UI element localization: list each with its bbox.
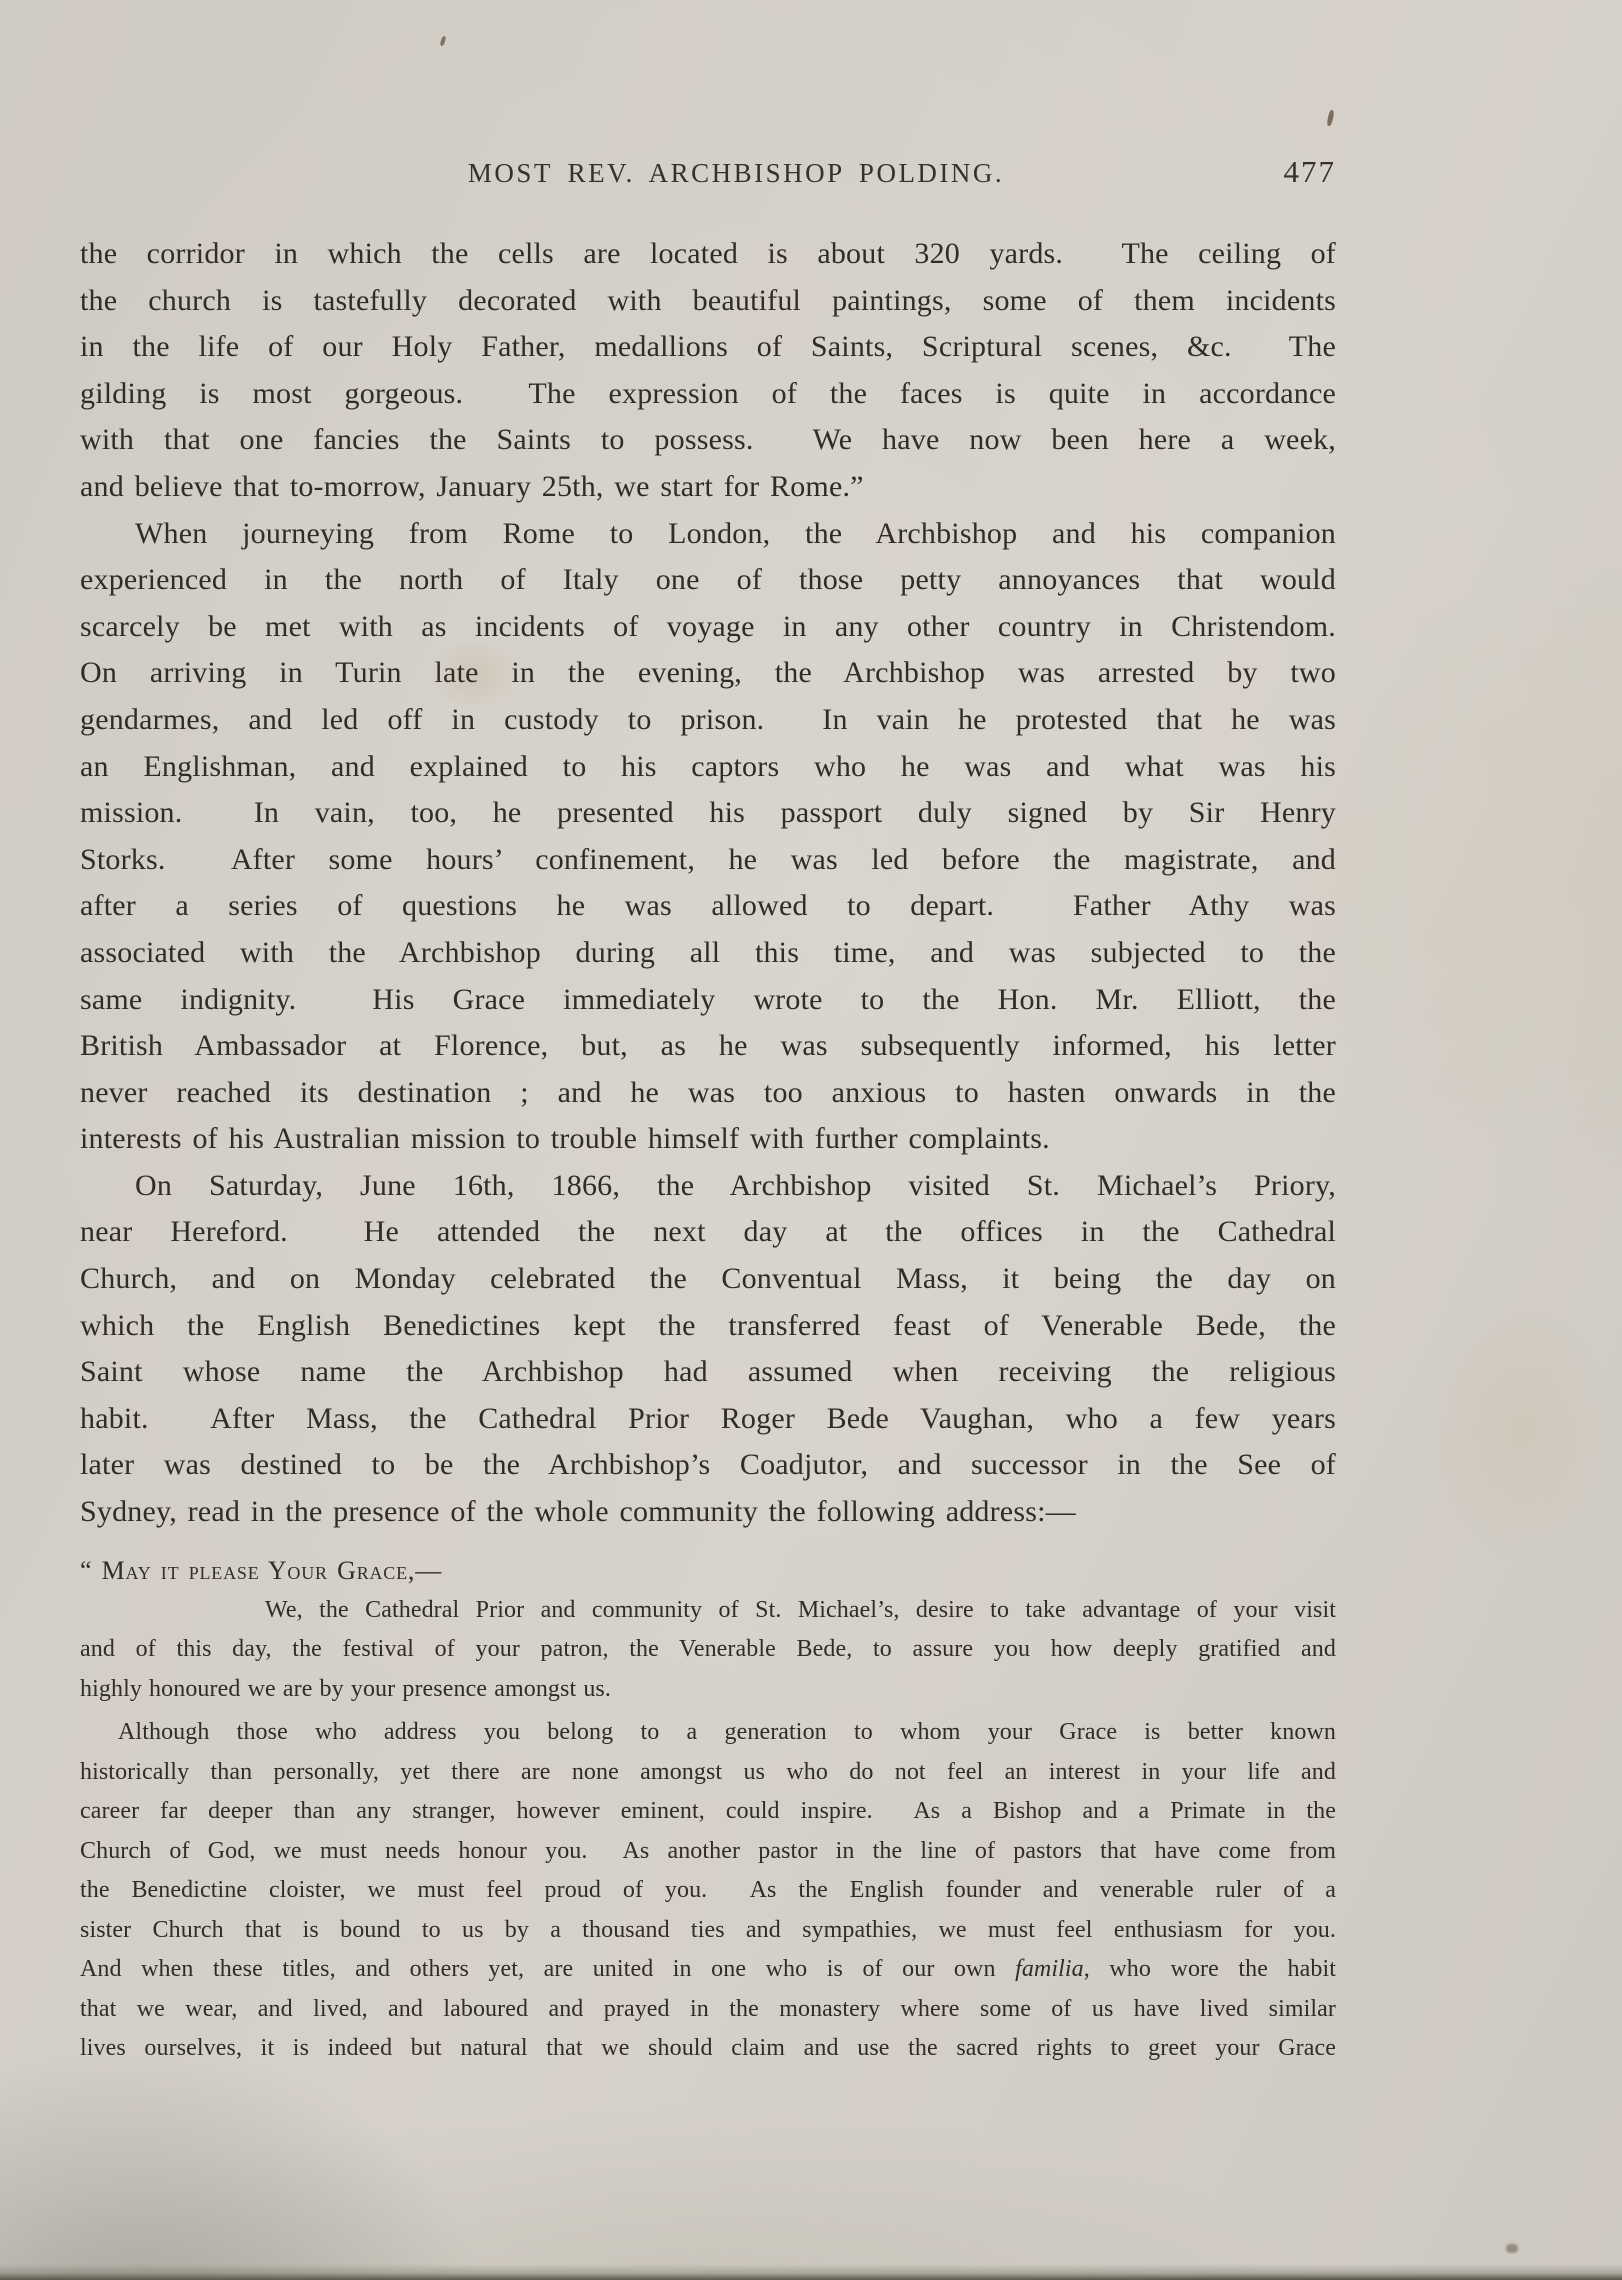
text-line: which the English Benedictines kept the …	[80, 1303, 1336, 1350]
text-line: gendarmes, and led off in custody to pri…	[80, 697, 1336, 744]
text-line: Church, and on Monday celebrated the Con…	[80, 1256, 1336, 1303]
text-line: gilding is most gorgeous. The expression…	[80, 371, 1336, 418]
text-line: with that one fancies the Saints to poss…	[80, 417, 1336, 464]
text-line: near Hereford. He attended the next day …	[80, 1209, 1336, 1256]
text-line: never reached its destination ; and he w…	[80, 1070, 1336, 1117]
text-line: after a series of questions he was allow…	[80, 883, 1336, 930]
text-line: highly honoured we are by your presence …	[80, 1670, 1336, 1710]
text-line: sister Church that is bound to us by a t…	[80, 1911, 1336, 1951]
paragraph: On Saturday, June 16th, 1866, the Archbi…	[80, 1163, 1336, 1536]
paragraph: We, the Cathedral Prior and community of…	[80, 1591, 1336, 1710]
text-line: the church is tastefully decorated with …	[80, 278, 1336, 325]
book-page: MOST REV. ARCHBISHOP POLDING. 477 the co…	[0, 0, 1622, 2280]
text-line: On arriving in Turin late in the evening…	[80, 650, 1336, 697]
paper-speck	[1506, 2244, 1518, 2253]
text-line: Sydney, read in the presence of the whol…	[80, 1489, 1336, 1536]
text-line: historically than personally, yet there …	[80, 1753, 1336, 1793]
text-line: When journeying from Rome to London, the…	[80, 511, 1336, 558]
text-line: On Saturday, June 16th, 1866, the Archbi…	[80, 1163, 1336, 1210]
address-salutation: “ May it please Your Grace,—	[80, 1551, 1336, 1591]
running-head: MOST REV. ARCHBISHOP POLDING. 477	[80, 158, 1336, 198]
paper-speck	[440, 36, 447, 47]
text-line: interests of his Australian mission to t…	[80, 1116, 1336, 1163]
text-line: and of this day, the festival of your pa…	[80, 1630, 1336, 1670]
text-line: associated with the Archbishop during al…	[80, 930, 1336, 977]
page-number: 477	[1284, 154, 1337, 190]
text-line: Saint whose name the Archbishop had assu…	[80, 1349, 1336, 1396]
text-line: the Benedictine cloister, we must feel p…	[80, 1871, 1336, 1911]
paper-speck	[1326, 110, 1334, 127]
text-line: later was destined to be the Archbishop’…	[80, 1442, 1336, 1489]
body-text: the corridor in which the cells are loca…	[80, 231, 1336, 1536]
text-line: experienced in the north of Italy one of…	[80, 557, 1336, 604]
text-line: Church of God, we must needs honour you.…	[80, 1832, 1336, 1872]
page-content: the corridor in which the cells are loca…	[80, 231, 1336, 2069]
text-line: habit. After Mass, the Cathedral Prior R…	[80, 1396, 1336, 1443]
text-line: Storks. After some hours’ confinement, h…	[80, 837, 1336, 884]
paper-stain	[1430, 1300, 1610, 1560]
page-title: MOST REV. ARCHBISHOP POLDING.	[108, 158, 1364, 189]
text-line: that we wear, and lived, and laboured an…	[80, 1990, 1336, 2030]
paragraph: Although those who address you belong to…	[80, 1713, 1336, 2069]
paragraph: When journeying from Rome to London, the…	[80, 511, 1336, 1163]
text-line: in the life of our Holy Father, medallio…	[80, 324, 1336, 371]
text-line: British Ambassador at Florence, but, as …	[80, 1023, 1336, 1070]
text-line: same indignity. His Grace immediately wr…	[80, 977, 1336, 1024]
text-line: lives ourselves, it is indeed but natura…	[80, 2029, 1336, 2069]
text-line: We, the Cathedral Prior and community of…	[80, 1591, 1336, 1631]
text-line: an Englishman, and explained to his capt…	[80, 744, 1336, 791]
text-line: and believe that to-morrow, January 25th…	[80, 464, 1336, 511]
text-line: mission. In vain, too, he presented his …	[80, 790, 1336, 837]
text-line: career far deeper than any stranger, how…	[80, 1792, 1336, 1832]
address-block: “ May it please Your Grace,— We, the Cat…	[80, 1551, 1336, 2069]
text-line: And when these titles, and others yet, a…	[80, 1950, 1336, 1990]
text-line: Although those who address you belong to…	[80, 1713, 1336, 1753]
paragraph: the corridor in which the cells are loca…	[80, 231, 1336, 511]
text-line: the corridor in which the cells are loca…	[80, 231, 1336, 278]
text-line: scarcely be met with as incidents of voy…	[80, 604, 1336, 651]
address-text: We, the Cathedral Prior and community of…	[80, 1591, 1336, 2069]
